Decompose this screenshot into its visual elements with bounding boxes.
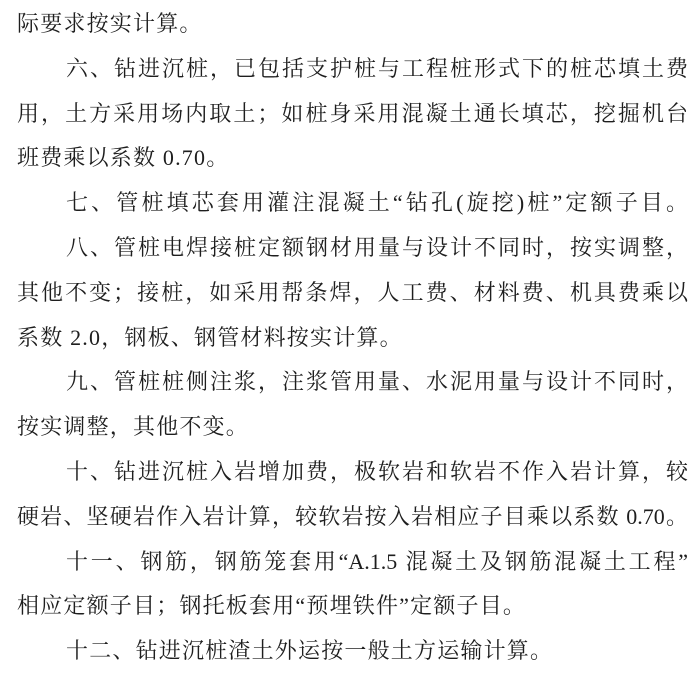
text-line: 十、钻进沉桩入岩增加费，极软岩和软岩不作入岩计算，较 bbox=[17, 450, 688, 495]
text-line: 班费乘以系数 0.70。 bbox=[17, 136, 688, 181]
text-line: 八、管桩电焊接桩定额钢材用量与设计不同时，按实调整， bbox=[17, 226, 688, 271]
document-body: 际要求按实计算。 六、钻进沉桩，已包括支护桩与工程桩形式下的桩芯填土费 用，土方… bbox=[17, 2, 688, 674]
text-line: 际要求按实计算。 bbox=[17, 2, 688, 47]
text-line: 十一、钢筋，钢筋笼套用“A.1.5 混凝土及钢筋混凝土工程” bbox=[17, 540, 688, 585]
text-line: 六、钻进沉桩，已包括支护桩与工程桩形式下的桩芯填土费 bbox=[17, 47, 688, 92]
text-line: 九、管桩桩侧注浆，注浆管用量、水泥用量与设计不同时， bbox=[17, 360, 688, 405]
text-line: 用，土方采用场内取土；如桩身采用混凝土通长填芯，挖掘机台 bbox=[17, 92, 688, 137]
text-line: 硬岩、坚硬岩作入岩计算，较软岩按入岩相应子目乘以系数 0.70。 bbox=[17, 495, 688, 540]
text-line: 七、管桩填芯套用灌注混凝土“钻孔(旋挖)桩”定额子目。 bbox=[17, 181, 688, 226]
document-page: 际要求按实计算。 六、钻进沉桩，已包括支护桩与工程桩形式下的桩芯填土费 用，土方… bbox=[0, 0, 700, 681]
text-line: 相应定额子目；钢托板套用“预埋铁件”定额子目。 bbox=[17, 584, 688, 629]
text-line: 按实调整，其他不变。 bbox=[17, 405, 688, 450]
text-line: 十二、钻进沉桩渣土外运按一般土方运输计算。 bbox=[17, 629, 688, 674]
text-line: 其他不变；接桩，如采用帮条焊，人工费、材料费、机具费乘以 bbox=[17, 271, 688, 316]
text-line: 系数 2.0，钢板、钢管材料按实计算。 bbox=[17, 316, 688, 361]
